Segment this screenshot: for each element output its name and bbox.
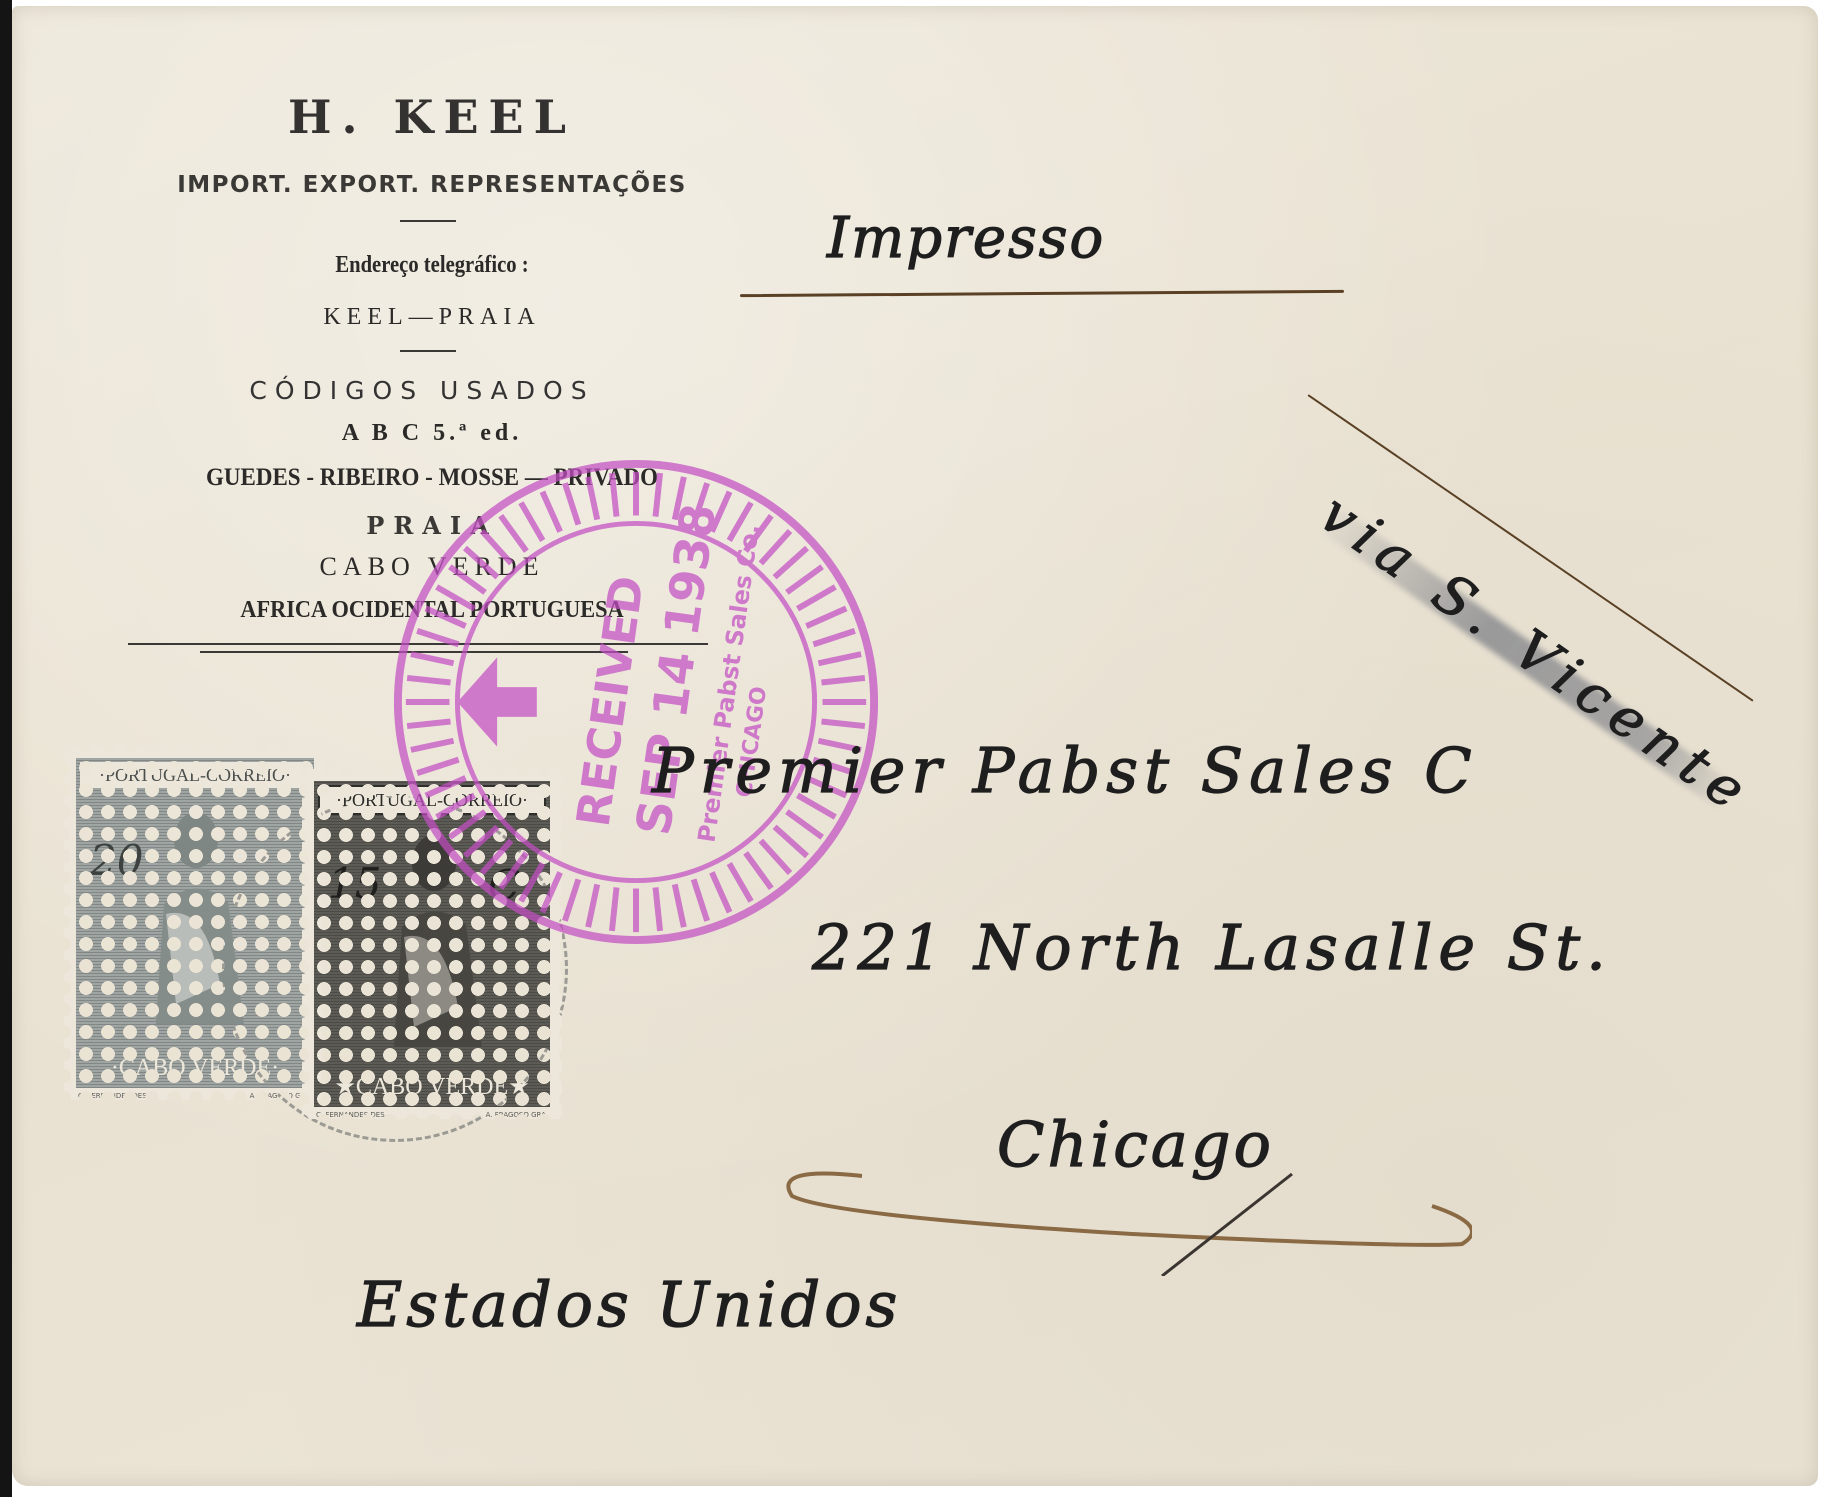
stamp-designer: C. FERNANDES DES. xyxy=(78,1092,149,1100)
stamp-country-label: ·PORTUGAL-CORREIO· xyxy=(80,762,310,788)
envelope: H. KEEL IMPORT. EXPORT. REPRESENTAÇÕES E… xyxy=(12,6,1818,1486)
stamp-value: 15 xyxy=(328,859,381,908)
stamp-engraver: A. FRAGOSO GRA. xyxy=(486,1111,548,1119)
addressee-name: Premier Pabst Sales C xyxy=(652,734,1478,807)
letterhead-business-line: IMPORT. EXPORT. REPRESENTAÇÕES xyxy=(107,172,757,198)
stamp-value: 20 xyxy=(90,836,143,885)
address-country: Estados Unidos xyxy=(357,1268,901,1341)
letterhead-telegraph-address: KEEL—PRAIA xyxy=(262,304,602,331)
city-underline-flourish xyxy=(772,1156,1472,1276)
letterhead-divider xyxy=(400,220,456,222)
letterhead-divider xyxy=(400,350,456,352)
letterhead-company-name: H. KEEL xyxy=(252,90,612,144)
stamp-colony-label: ★CABO VERDE★ xyxy=(318,1071,546,1103)
letterhead-codes-abc: A B C 5.ª ed. xyxy=(262,420,602,447)
ceres-figure-icon xyxy=(116,794,266,1034)
letterhead-codes-title: CÓDIGOS USADOS xyxy=(182,376,662,405)
postage-stamp: ·PORTUGAL-CORREIO· 20 ·CABO VERDE· C. FE… xyxy=(64,746,326,1100)
address-street: 221 North Lasalle St. xyxy=(812,911,1612,984)
letterhead-telegraph-label: Endereço telegráfico : xyxy=(286,252,578,279)
received-handstamp: RECEIVED SEP 14 1938 Premier Pabst Sales… xyxy=(388,454,884,950)
mail-class-handwritten: Impresso xyxy=(827,206,1105,271)
underline xyxy=(740,290,1344,297)
scan-border xyxy=(0,0,12,1497)
clock-hand-icon xyxy=(457,657,536,746)
stamp-colony-label: ·CABO VERDE· xyxy=(80,1052,310,1084)
stamp-designer: C. FERNANDES DES. xyxy=(316,1111,387,1119)
